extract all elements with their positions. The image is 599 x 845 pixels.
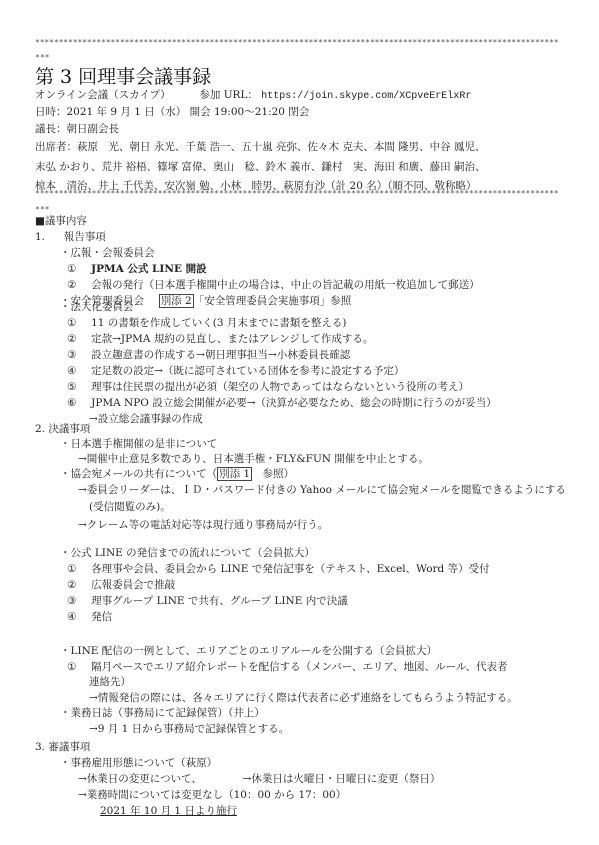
attendees-line-1: 出席者：萩原 光、朝日 永光、千葉 浩一、五十嵐 亮弥、佐々木 克夫、本間 隆男… bbox=[35, 141, 486, 154]
section-title: 審議事項 bbox=[48, 741, 90, 753]
item-mark: ② bbox=[67, 279, 76, 291]
list-item: ⑤ 理事は住民票の提出が必須（架空の人物であってはならないという役所の考え） bbox=[67, 381, 469, 394]
mail-sharing-line: ・協会宛メールの共有について（別添 1 参照） bbox=[60, 468, 294, 481]
list-item: ④ 定足数の設定→（既に認可されている団体を参考に設定する予定） bbox=[67, 365, 404, 378]
item-mark: ④ bbox=[67, 611, 76, 623]
list-item: ② 広報委員会で推敲 bbox=[67, 579, 175, 592]
separator-line-2: ****************************************… bbox=[35, 189, 559, 199]
list-item: ④ 発信 bbox=[67, 611, 112, 624]
item-text: 理事は住民票の提出が必須（架空の人物であってはならないという役所の考え） bbox=[91, 381, 469, 393]
item-text: 設立趣意書の作成する→朝日理事担当→小林委員長確認 bbox=[91, 349, 350, 361]
area-rules-label: ・LINE 配信の一例として、エリアごとのエリアルールを公開する（会員拡大） bbox=[60, 645, 437, 658]
separator-line: ****************************************… bbox=[35, 38, 559, 48]
list-item: ⑥ JPMA NPO 設立総会開催が必要→（決算が必要なため、総会の時期に行うの… bbox=[67, 397, 497, 410]
meeting-url[interactable]: https://join.skype.com/XCpveErElxRr bbox=[261, 91, 471, 102]
employment-label: ・事務雇用形態について（萩原） bbox=[60, 757, 217, 770]
item-text: 定款→JPMA 規約の見直し、またはアレンジして作成する。 bbox=[91, 333, 373, 345]
mail-sharing-result-2: →クレーム等の電話対応等は現行通り事務局が行う。 bbox=[78, 519, 328, 532]
item-mark: ① bbox=[67, 661, 76, 673]
section-title: 報告事項 bbox=[64, 231, 106, 243]
list-item: ① JPMA 公式 LINE 開設 bbox=[67, 263, 207, 276]
section-title: 決議事項 bbox=[48, 423, 90, 435]
list-item: ③ 理事グループ LINE で共有、グループ LINE 内で決議 bbox=[67, 595, 348, 608]
section-number: 2. bbox=[35, 423, 45, 435]
safety-reference: 「安全管理委員会実施事項」参照 bbox=[194, 295, 352, 307]
list-item: ① 各理事や会員、委員会から LINE で発信記事を（テキスト、Excel、Wo… bbox=[67, 563, 490, 576]
list-item: ③ 設立趣意書の作成する→朝日理事担当→小林委員長確認 bbox=[67, 349, 350, 362]
pr-committee-label: ・広報・会報委員会 bbox=[60, 247, 155, 260]
meeting-chair: 議長：朝日副会長 bbox=[35, 123, 119, 136]
item-text: 定足数の設定→（既に認可されている団体を参考に設定する予定） bbox=[91, 365, 404, 377]
url-label: 参加 URL： bbox=[199, 89, 258, 101]
separator-tail-2: *** bbox=[35, 205, 49, 215]
item-mark: ① bbox=[67, 263, 76, 275]
attachment-1-box: 別添 1 bbox=[217, 467, 252, 481]
document-title: 第 3 回理事会議事録 bbox=[35, 66, 211, 88]
item-mark: ③ bbox=[67, 349, 76, 361]
separator-tail: *** bbox=[35, 53, 49, 63]
meeting-type: オンライン会議（スカイプ） bbox=[35, 89, 171, 101]
line-flow-label: ・公式 LINE の発信までの流れについて（会員拡大） bbox=[60, 547, 315, 560]
incorporation-followup: →設立総会議事録の作成 bbox=[89, 413, 203, 426]
work-log-label: ・業務日誌（事務局にて記録保管）（井上） bbox=[60, 707, 265, 720]
list-item: ② 定款→JPMA 規約の見直し、またはアレンジして作成する。 bbox=[67, 333, 373, 346]
item-text: 理事グループ LINE で共有、グループ LINE 内で決議 bbox=[91, 595, 348, 607]
list-item: ① 11 の書類を作成していく(3 月末までに書類を整える) bbox=[67, 317, 347, 330]
area-rules-note: →情報発信の際には、各々エリアに行く際は代表者に必ず連絡をしてもらうよう特記する… bbox=[89, 692, 518, 705]
item-text: 広報委員会で推敲 bbox=[91, 579, 175, 591]
meeting-datetime: 日時：2021 年 9 月 1 日（水） 開会 19:00〜21:20 閉会 bbox=[35, 106, 309, 119]
attachment-2-box: 別添 2 bbox=[159, 294, 194, 308]
holiday-result: →休業日は火曜日・日曜日に変更（祭日） bbox=[243, 773, 441, 785]
mail-sharing-label: ・協会宛メールの共有について（ bbox=[60, 468, 217, 480]
section-number: 1. bbox=[35, 231, 45, 243]
holiday-change-line: →休業日の変更について、 →休業日は火曜日・日曜日に変更（祭日） bbox=[78, 773, 440, 786]
document-page: ****************************************… bbox=[0, 0, 599, 845]
item-mark: ④ bbox=[67, 365, 76, 377]
agenda-heading: ■議事内容 bbox=[35, 215, 87, 228]
item-text: 隔月ペースでエリア紹介レポートを配信する（メンバー、エリア、地図、ルール、代表者 bbox=[91, 661, 507, 673]
item-text: JPMA NPO 設立総会開催が必要→（決算が必要なため、総会の時期に行うのが妥… bbox=[91, 397, 497, 409]
list-item: ① 隔月ペースでエリア紹介レポートを配信する（メンバー、エリア、地図、ルール、代… bbox=[67, 661, 508, 674]
mail-sharing-result-1: →委員会リーダーは、ＩＤ・パスワード付きの Yahoo メールにて協会宛メールを… bbox=[78, 484, 566, 497]
area-rules-item-cont: 連絡先） bbox=[89, 676, 131, 689]
item-mark: ② bbox=[67, 579, 76, 591]
incorporation-committee-label: ・法人化委員会 bbox=[60, 301, 134, 314]
item-text: JPMA 公式 LINE 開設 bbox=[91, 263, 207, 275]
work-hours: →業務時間については変更なし（10：00 から 17：00） bbox=[78, 789, 346, 802]
item-mark: ② bbox=[67, 333, 76, 345]
section-3-heading: 3. 審議事項 bbox=[35, 741, 90, 754]
section-number: 3. bbox=[35, 741, 45, 753]
item-mark: ⑥ bbox=[67, 397, 76, 409]
list-item: ② 会報の発行（日本選手権開中止の場合は、中止の旨記載の用紙一枚追加して郵送） bbox=[67, 279, 480, 292]
effective-date: 2021 年 10 月 1 日より施行 bbox=[100, 805, 237, 818]
mail-sharing-suffix: 参照） bbox=[252, 468, 294, 480]
holiday-change: →休業日の変更について、 bbox=[78, 773, 202, 785]
item-text: 発信 bbox=[91, 611, 112, 623]
attendees-line-2: 末弘 かおり、荒井 裕梧、篠塚 富偉、奥山 稔、鈴木 義市、鎌村 実、海田 和廣… bbox=[35, 161, 486, 174]
championship-result: →開催中止意見多数であり、日本選手権・FLY&FUN 開催を中止とする。 bbox=[78, 453, 429, 466]
item-text: 11 の書類を作成していく(3 月末までに書類を整える) bbox=[91, 317, 346, 329]
item-mark: ③ bbox=[67, 595, 76, 607]
championship-label: ・日本選手権開催の是非について bbox=[60, 438, 217, 451]
section-1-heading: 1. 報告事項 bbox=[35, 231, 106, 244]
work-log-result: →9 月 1 日から事務局で記録保管とする。 bbox=[89, 723, 289, 736]
item-text: 各理事や会員、委員会から LINE で発信記事を（テキスト、Excel、Word… bbox=[91, 563, 490, 575]
section-2-heading: 2. 決議事項 bbox=[35, 423, 90, 436]
item-mark: ① bbox=[67, 317, 76, 329]
item-text: 会報の発行（日本選手権開中止の場合は、中止の旨記載の用紙一枚追加して郵送） bbox=[91, 279, 480, 291]
meeting-info: オンライン会議（スカイプ） 参加 URL： https://join.skype… bbox=[35, 89, 471, 103]
item-mark: ⑤ bbox=[67, 381, 76, 393]
mail-sharing-result-1-cont: (受信閲覧のみ)。 bbox=[89, 501, 171, 514]
item-mark: ① bbox=[67, 563, 76, 575]
